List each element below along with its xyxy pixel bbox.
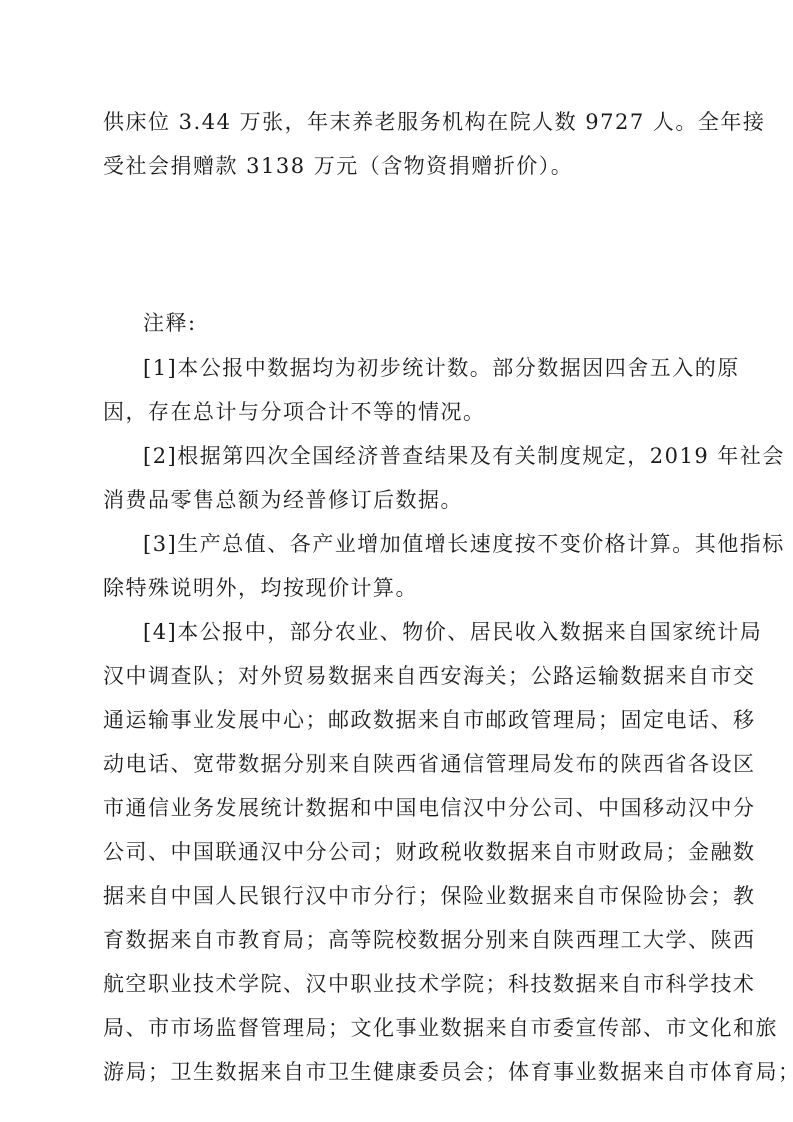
- note-4-line: 据来自中国人民银行汉中市分行；保险业数据来自市保险协会；教: [103, 883, 756, 909]
- note-1-line: 因，存在总计与分项合计不等的情况。: [103, 399, 486, 425]
- note-3-line: 除特殊说明外，均按现价计算。: [103, 575, 418, 601]
- note-4-line: 通运输事业发展中心；邮政数据来自市邮政管理局；固定电话、移: [103, 707, 756, 733]
- note-4-line: 汉中调查队；对外贸易数据来自西安海关；公路运输数据来自市交: [103, 663, 756, 689]
- note-4-line: 育数据来自市教育局；高等院校数据分别来自陕西理工大学、陕西: [103, 927, 756, 953]
- note-4-line: 市通信业务发展统计数据和中国电信汉中分公司、中国移动汉中分: [103, 795, 756, 821]
- note-4-line: 航空职业技术学院、汉中职业技术学院；科技数据来自市科学技术: [103, 971, 756, 997]
- note-1-line: [1]本公报中数据均为初步统计数。部分数据因四舍五入的原: [143, 355, 740, 381]
- note-4-line: 游局；卫生数据来自市卫生健康委员会；体育事业数据来自市体育局；: [103, 1059, 793, 1085]
- note-4-line: 公司、中国联通汉中分公司；财政税收数据来自市财政局；金融数: [103, 839, 756, 865]
- paragraph-line: 供床位 3.44 万张，年末养老服务机构在院人数 9727 人。全年接: [103, 109, 765, 135]
- notes-heading: 注释:: [143, 310, 197, 336]
- note-2-line: [2]根据第四次全国经济普查结果及有关制度规定，2019 年社会: [143, 443, 785, 469]
- note-4-line: 局、市市场监督管理局；文化事业数据来自市委宣传部、市文化和旅: [103, 1015, 778, 1041]
- note-4-line: 动电话、宽带数据分别来自陕西省通信管理局发布的陕西省各设区: [103, 751, 756, 777]
- paragraph-line: 受社会捐赠款 3138 万元（含物资捐赠折价）。: [103, 153, 573, 179]
- note-2-line: 消费品零售总额为经普修订后数据。: [103, 487, 463, 513]
- note-4-line: [4]本公报中，部分农业、物价、居民收入数据来自国家统计局: [143, 619, 762, 645]
- note-3-line: [3]生产总值、各产业增加值增长速度按不变价格计算。其他指标: [143, 531, 785, 557]
